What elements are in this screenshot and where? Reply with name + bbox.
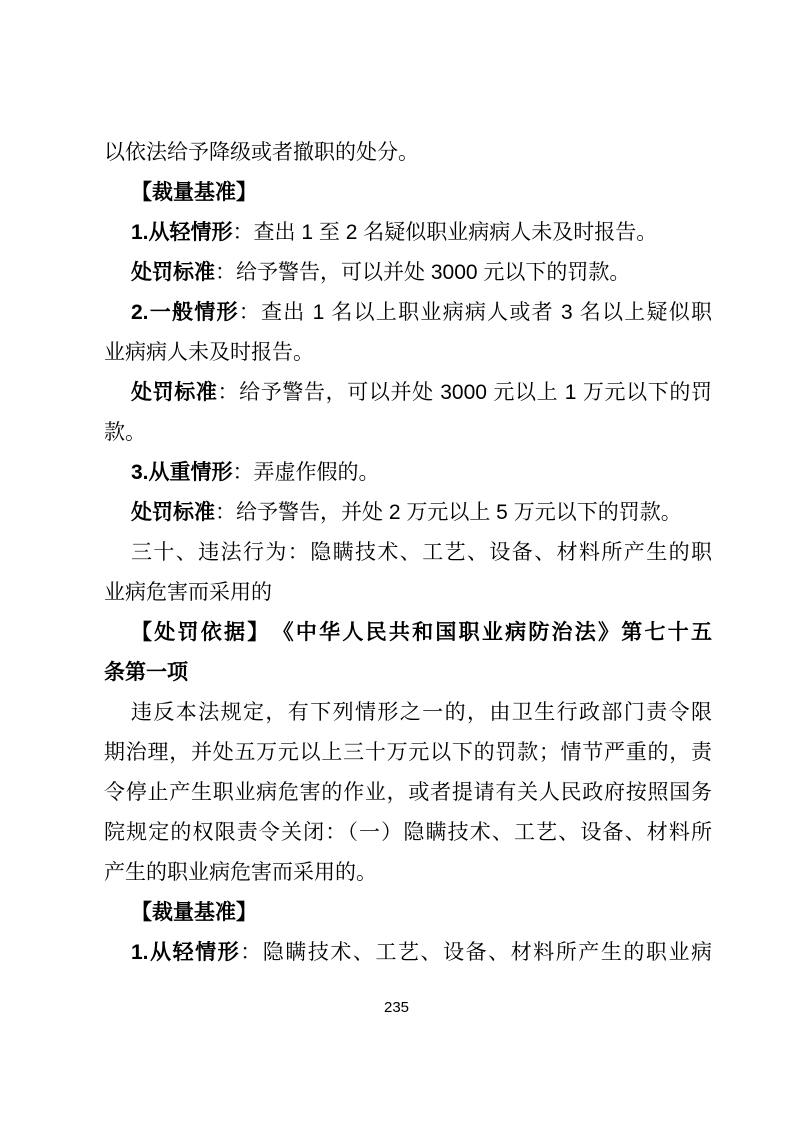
text-line: 处罚标准：给予警告，可以并处 3000 元以下的罚款。 (104, 253, 712, 293)
text-segment: 款。 (104, 421, 146, 444)
text-line: 违反本法规定，有下列情形之一的，由卫生行政部门责令限 (104, 693, 712, 733)
text-line: 三十、违法行为：隐瞒技术、工艺、设备、材料所产生的职 (104, 533, 712, 573)
text-line: 院规定的权限责令关闭：（一）隐瞒技术、工艺、设备、材料所 (104, 813, 712, 853)
text-segment: 产生的职业病危害而采用的。 (104, 861, 377, 884)
text-line: 3.从重情形：弄虚作假的。 (104, 453, 712, 493)
text-line: 款。 (104, 413, 712, 453)
text-segment: 三十、违法行为：隐瞒技术、工艺、设备、材料所产生的职 (131, 541, 712, 564)
text-line: 产生的职业病危害而采用的。 (104, 853, 712, 893)
bold-text-segment: 处罚标准 (131, 381, 218, 404)
text-segment: ：给予警告，可以并处 3000 元以下的罚款。 (215, 261, 630, 284)
text-line: 2.一般情形：查出 1 名以上职业病病人或者 3 名以上疑似职 (104, 293, 712, 333)
text-line: 【处罚依据】 《中华人民共和国职业病防治法》第七十五 (104, 613, 712, 653)
text-line: 处罚标准：给予警告，并处 2 万元以上 5 万元以下的罚款。 (104, 493, 712, 533)
bold-text-segment: 处罚标准 (131, 261, 215, 284)
text-segment: 违反本法规定，有下列情形之一的，由卫生行政部门责令限 (131, 701, 712, 724)
bold-text-segment: 1.从轻情形 (131, 221, 233, 244)
text-segment: ：查出 1 至 2 名疑似职业病病人未及时报告。 (233, 221, 658, 244)
text-line: 1.从轻情形：查出 1 至 2 名疑似职业病病人未及时报告。 (104, 213, 712, 253)
text-segment: 期治理，并处五万元以上三十万元以下的罚款；情节严重的，责 (104, 741, 712, 764)
text-line: 以依法给予降级或者撤职的处分。 (104, 133, 712, 173)
bold-text-segment: 【裁量基准】 (131, 901, 257, 924)
text-line: 【裁量基准】 (104, 893, 712, 933)
bold-text-segment: 处罚标准 (131, 501, 215, 524)
text-line: 业病危害而采用的 (104, 573, 712, 613)
text-line: 【裁量基准】 (104, 173, 712, 213)
text-segment: 业病病人未及时报告。 (104, 341, 314, 364)
text-segment: 以依法给予降级或者撤职的处分。 (104, 141, 419, 164)
bold-text-segment: 1.从轻情形 (131, 941, 240, 964)
text-segment: ：给予警告，并处 2 万元以上 5 万元以下的罚款。 (215, 501, 682, 524)
text-segment: ：查出 1 名以上职业病病人或者 3 名以上疑似职 (239, 301, 712, 324)
text-line: 期治理，并处五万元以上三十万元以下的罚款；情节严重的，责 (104, 733, 712, 773)
text-segment: ：隐瞒技术、工艺、设备、材料所产生的职业病 (240, 941, 712, 964)
document-page: 以依法给予降级或者撤职的处分。【裁量基准】1.从轻情形：查出 1 至 2 名疑似… (0, 0, 793, 1122)
text-segment: 业病危害而采用的 (104, 581, 272, 604)
text-line: 1.从轻情形：隐瞒技术、工艺、设备、材料所产生的职业病 (104, 933, 712, 973)
text-line: 条第一项 (104, 653, 712, 693)
bold-text-segment: 2.一般情形 (131, 301, 239, 324)
text-segment: ：弄虚作假的。 (233, 461, 380, 484)
text-line: 令停止产生职业病危害的作业，或者提请有关人民政府按照国务 (104, 773, 712, 813)
bold-text-segment: 3.从重情形 (131, 461, 233, 484)
bold-text-segment: 条第一项 (104, 661, 188, 684)
text-line: 业病病人未及时报告。 (104, 333, 712, 373)
bold-text-segment: 【裁量基准】 (131, 181, 257, 204)
text-line: 处罚标准：给予警告，可以并处 3000 元以上 1 万元以下的罚 (104, 373, 712, 413)
text-segment: 院规定的权限责令关闭：（一）隐瞒技术、工艺、设备、材料所 (104, 821, 712, 844)
document-body: 以依法给予降级或者撤职的处分。【裁量基准】1.从轻情形：查出 1 至 2 名疑似… (104, 133, 712, 973)
text-segment: 令停止产生职业病危害的作业，或者提请有关人民政府按照国务 (104, 781, 712, 804)
bold-text-segment: 【处罚依据】 《中华人民共和国职业病防治法》第七十五 (131, 621, 712, 644)
page-number: 235 (0, 998, 793, 1018)
text-segment: ：给予警告，可以并处 3000 元以上 1 万元以下的罚 (218, 381, 712, 404)
